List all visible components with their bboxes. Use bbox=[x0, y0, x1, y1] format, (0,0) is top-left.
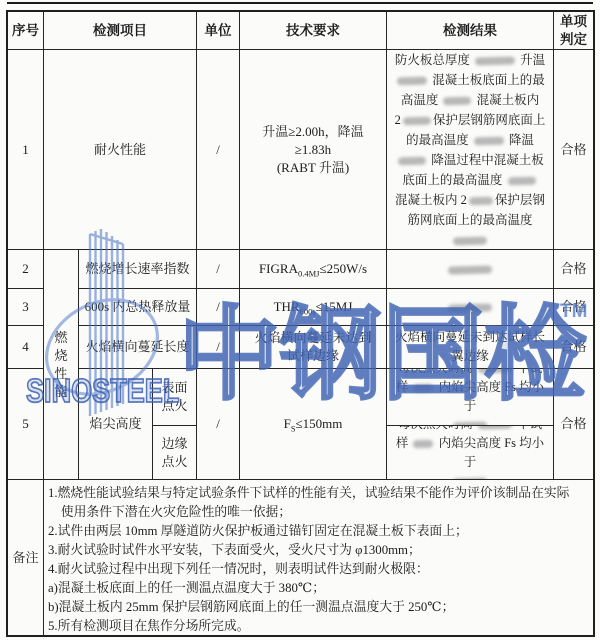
cell-result-5-edge: 每次点火时间 个试样 内焰尖高度 Fs 均小于 bbox=[387, 426, 554, 480]
header-seq-label: 序号 bbox=[12, 22, 39, 40]
redaction-blob bbox=[478, 369, 512, 374]
remark-line: 3.耐火试验时试件水平安装，下表面受火，受火尺寸为 φ1300mm； bbox=[48, 541, 421, 560]
cell-result-5-surface: 每次点火时间 个试样 内焰尖高度 Fs 均小于 bbox=[387, 369, 554, 426]
cell-result-3 bbox=[387, 289, 554, 326]
redaction-blob bbox=[403, 116, 431, 125]
cell-seq-4: 4 bbox=[8, 326, 44, 369]
cell-verdict-1: 合格 bbox=[554, 50, 593, 250]
cell-requirement-3: THR600s≤15MJ bbox=[240, 289, 387, 326]
cell-requirement-1: 升温≥2.00h，降温≥1.83h(RABT 升温) bbox=[240, 50, 387, 250]
cell-requirement-4: 火焰横向蔓延未达到试样边缘 bbox=[240, 326, 387, 369]
verdict-badge: 合格 bbox=[560, 298, 586, 316]
cell-seq-5: 5 bbox=[8, 369, 44, 480]
cell-result-1: 防火板总厚度 升温 混凝土板底面上的最高温度 混凝土板内2保护层钢筋网底面上的最… bbox=[387, 50, 554, 250]
redaction-blob bbox=[478, 426, 512, 429]
cell-verdict-5: 合格 bbox=[554, 369, 593, 480]
remark-line: b)混凝土板内 25mm 保护层钢筋网底面上的任一测温点温度大于 250℃； bbox=[48, 598, 454, 617]
redaction-blob bbox=[413, 439, 433, 448]
cell-verdict-3: 合格 bbox=[554, 289, 593, 326]
verdict-badge: 合格 bbox=[560, 415, 586, 433]
cell-subitem-edge-ignition: 边缘点火 bbox=[153, 426, 197, 480]
header-requirement-label: 技术要求 bbox=[286, 22, 340, 40]
header-result-label: 检测结果 bbox=[443, 22, 497, 40]
cell-unit-1: / bbox=[197, 50, 240, 250]
redaction-blob bbox=[507, 176, 535, 185]
cell-seq-2: 2 bbox=[8, 250, 44, 289]
cell-unit-2: / bbox=[197, 250, 240, 289]
page-top-rule bbox=[7, 2, 593, 4]
redaction-blob bbox=[469, 196, 493, 205]
cell-item-5: 焰尖高度 bbox=[79, 369, 153, 480]
verdict-badge: 合格 bbox=[560, 338, 586, 356]
cell-item-3: 600s 内总热释放量 bbox=[79, 289, 197, 326]
test-report-table: 序号 检测项目 单位 技术要求 检测结果 单项判定 1 耐火性能 / 升温≥2.… bbox=[6, 10, 595, 637]
cell-unit-3: / bbox=[197, 289, 240, 326]
header-item: 检测项目 bbox=[44, 12, 197, 50]
redaction-blob bbox=[475, 56, 515, 65]
redaction-blob bbox=[413, 384, 433, 393]
cell-subitem-surface-ignition: 表面点火 bbox=[153, 369, 197, 426]
remarks-label-cell: 备注 bbox=[8, 480, 44, 635]
cell-verdict-2: 合格 bbox=[554, 250, 593, 289]
remark-line: 4.耐火试验过程中出现下列任一情况时，则表明试件达到耐火极限： bbox=[48, 560, 429, 579]
redaction-blob bbox=[448, 265, 492, 274]
remark-line: 5.所有检测项目在焦作分场所完成。 bbox=[48, 617, 250, 635]
header-result: 检测结果 bbox=[387, 12, 554, 50]
header-verdict-label: 单项判定 bbox=[560, 13, 587, 49]
redaction-blob bbox=[398, 156, 426, 165]
cell-result-4: 火焰横向蔓延未到达试样长翼边缘 bbox=[387, 326, 554, 369]
remark-line: 使用条件下潜在火灾危险性的唯一依据； bbox=[48, 503, 291, 522]
cell-item-2: 燃烧增长速率指数 bbox=[79, 250, 197, 289]
remark-line: a)混凝土板底面上的任一测温点温度大于 380℃； bbox=[48, 579, 325, 598]
cell-result-2 bbox=[387, 250, 554, 289]
header-verdict: 单项判定 bbox=[554, 12, 593, 50]
redaction-blob bbox=[453, 236, 487, 245]
remarks-body-cell: 1.燃烧性能试验结果与特定试验条件下试样的性能有关，试验结果不能作为评价该制品在… bbox=[44, 480, 593, 635]
redaction-blob bbox=[397, 76, 427, 85]
cell-item-1: 耐火性能 bbox=[44, 50, 197, 250]
verdict-badge: 合格 bbox=[560, 141, 586, 159]
verdict-badge: 合格 bbox=[560, 260, 586, 278]
cell-unit-5: / bbox=[197, 369, 240, 480]
cell-seq-1: 1 bbox=[8, 50, 44, 250]
cell-requirement-2: FIGRA0.4MJ≤250W/s bbox=[240, 250, 387, 289]
cell-seq-3: 3 bbox=[8, 289, 44, 326]
cell-verdict-4: 合格 bbox=[554, 326, 593, 369]
redaction-blob bbox=[443, 96, 471, 105]
redaction-blob bbox=[448, 303, 492, 312]
header-unit-label: 单位 bbox=[205, 22, 232, 40]
header-requirement: 技术要求 bbox=[240, 12, 387, 50]
header-item-label: 检测项目 bbox=[93, 22, 147, 40]
redaction-blob bbox=[474, 136, 504, 145]
remark-line: 1.燃烧性能试验结果与特定试验条件下试样的性能有关，试验结果不能作为评价该制品在… bbox=[48, 484, 569, 503]
cell-item-4: 火焰横向蔓延长度 bbox=[79, 326, 197, 369]
scanned-test-report-page: { "watermark": { "chars": ["中", "钢", "国"… bbox=[0, 0, 600, 640]
header-seq: 序号 bbox=[8, 12, 44, 50]
cell-requirement-5: FS≤150mm bbox=[240, 369, 387, 480]
cell-group-combustion: 燃烧性能 bbox=[44, 250, 79, 480]
header-unit: 单位 bbox=[197, 12, 240, 50]
cell-unit-4: / bbox=[197, 326, 240, 369]
remark-line: 2.试件由两层 10mm 厚隧道防火保护板通过锚钉固定在混凝土板下表面上； bbox=[48, 522, 468, 541]
